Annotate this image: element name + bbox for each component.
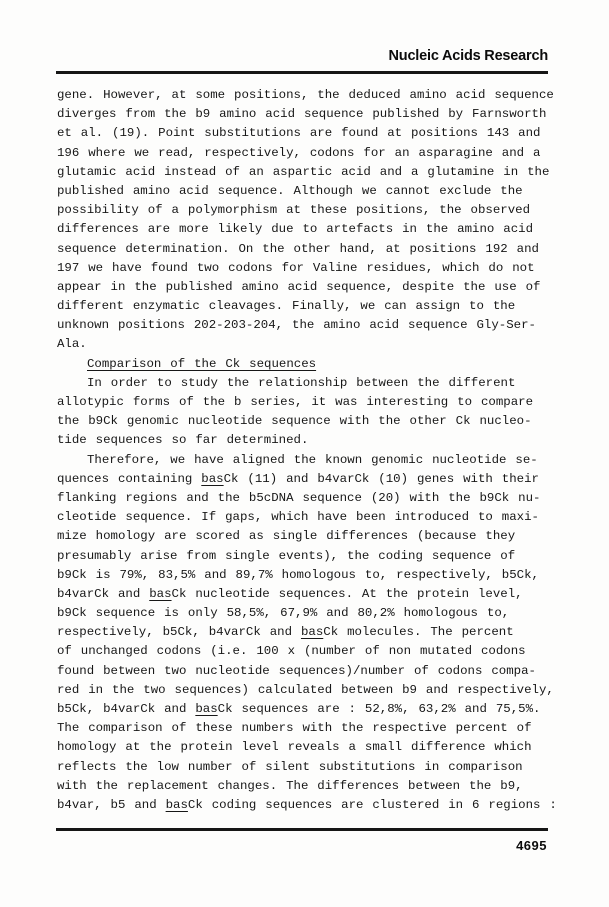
text-span: The comparison of these numbers with the…: [57, 721, 532, 735]
text-span: presumably arise from single events), th…: [57, 549, 515, 563]
text-line: The comparison of these numbers with the…: [57, 719, 567, 738]
text-span: cleotide sequence. If gaps, which have b…: [57, 510, 539, 524]
underlined-text: bas: [195, 702, 217, 716]
text-span: b9Ck is 79%, 83,5% and 89,7% homologous …: [57, 568, 539, 582]
text-span: different enzymatic cleavages. Finally, …: [57, 299, 515, 313]
text-line: Therefore, we have aligned the known gen…: [57, 451, 567, 470]
text-line: b5Ck, b4varCk and basCk sequences are : …: [57, 700, 567, 719]
text-span: allotypic forms of the b series, it was …: [57, 395, 533, 409]
text-line: gene. However, at some positions, the de…: [57, 86, 567, 105]
text-span: b5Ck, b4varCk and: [57, 702, 195, 716]
text-line: differences are more likely due to artef…: [57, 220, 567, 239]
text-span: 197 we have found two codons for Valine …: [57, 261, 535, 275]
text-line: b9Ck sequence is only 58,5%, 67,9% and 8…: [57, 604, 567, 623]
text-span: possibility of a polymorphism at these p…: [57, 203, 530, 217]
text-line: 197 we have found two codons for Valine …: [57, 259, 567, 278]
journal-title: Nucleic Acids Research: [389, 48, 548, 64]
text-span: Ck (11) and b4varCk (10) genes with thei…: [224, 472, 539, 486]
header-rule: [56, 71, 548, 74]
text-span: respectively, b5Ck, b4varCk and: [57, 625, 301, 639]
text-line: allotypic forms of the b series, it was …: [57, 393, 567, 412]
text-line: Ala.: [57, 335, 567, 354]
text-line: homology at the protein level reveals a …: [57, 738, 567, 757]
text-span: flanking regions and the b5cDNA sequence…: [57, 491, 540, 505]
text-span: unknown positions 202-203-204, the amino…: [57, 318, 536, 332]
text-span: differences are more likely due to artef…: [57, 222, 533, 236]
text-line: respectively, b5Ck, b4varCk and basCk mo…: [57, 623, 567, 642]
text-span: mize homology are scored as single diffe…: [57, 529, 515, 543]
text-line: red in the two sequences) calculated bet…: [57, 681, 567, 700]
text-line: b4var, b5 and basCk coding sequences are…: [57, 796, 567, 815]
text-span: with the replacement changes. The differ…: [57, 779, 523, 793]
text-line: possibility of a polymorphism at these p…: [57, 201, 567, 220]
text-line: In order to study the relationship betwe…: [57, 374, 567, 393]
text-span: Ala.: [57, 337, 87, 351]
text-line: diverges from the b9 amino acid sequence…: [57, 105, 567, 124]
text-span: b4var, b5 and: [57, 798, 166, 812]
text-span: 196 where we read, respectively, codons …: [57, 146, 540, 160]
text-span: glutamic acid instead of an aspartic aci…: [57, 165, 549, 179]
text-line: b4varCk and basCk nucleotide sequences. …: [57, 585, 567, 604]
text-span: sequence determination. On the other han…: [57, 242, 539, 256]
underlined-text: bas: [301, 625, 323, 639]
text-line: different enzymatic cleavages. Finally, …: [57, 297, 567, 316]
text-line: the b9Ck genomic nucleotide sequence wit…: [57, 412, 567, 431]
text-line: 196 where we read, respectively, codons …: [57, 144, 567, 163]
text-span: Ck coding sequences are clustered in 6 r…: [188, 798, 557, 812]
text-line: glutamic acid instead of an aspartic aci…: [57, 163, 567, 182]
text-span: red in the two sequences) calculated bet…: [57, 683, 554, 697]
page-number: 4695: [516, 838, 547, 853]
text-line: reflects the low number of silent substi…: [57, 758, 567, 777]
text-span: homology at the protein level reveals a …: [57, 740, 532, 754]
text-span: reflects the low number of silent substi…: [57, 760, 523, 774]
underlined-text: bas: [201, 472, 223, 486]
text-span: b9Ck sequence is only 58,5%, 67,9% and 8…: [57, 606, 509, 620]
text-span: Ck sequences are : 52,8%, 63,2% and 75,5…: [218, 702, 541, 716]
text-span: published amino acid sequence. Although …: [57, 184, 523, 198]
text-line: mize homology are scored as single diffe…: [57, 527, 567, 546]
text-line: published amino acid sequence. Although …: [57, 182, 567, 201]
text-line: unknown positions 202-203-204, the amino…: [57, 316, 567, 335]
text-span: of unchanged codons (i.e. 100 x (number …: [57, 644, 526, 658]
text-line: appear in the published amino acid seque…: [57, 278, 567, 297]
section-heading: Comparison of the Ck sequences: [57, 355, 567, 374]
text-span: b4varCk and: [57, 587, 149, 601]
text-line: b9Ck is 79%, 83,5% and 89,7% homologous …: [57, 566, 567, 585]
text-span: Ck molecules. The percent: [323, 625, 513, 639]
underlined-text: bas: [149, 587, 171, 601]
text-span: gene. However, at some positions, the de…: [57, 88, 554, 102]
text-span: appear in the published amino acid seque…: [57, 280, 540, 294]
text-span: diverges from the b9 amino acid sequence…: [57, 107, 546, 121]
text-span: found between two nucleotide sequences)/…: [57, 664, 536, 678]
text-line: of unchanged codons (i.e. 100 x (number …: [57, 642, 567, 661]
text-span: quences containing: [57, 472, 201, 486]
footer-rule: [56, 828, 548, 831]
text-line: et al. (19). Point substitutions are fou…: [57, 124, 567, 143]
underlined-text: bas: [166, 798, 188, 812]
text-line: quences containing basCk (11) and b4varC…: [57, 470, 567, 489]
text-span: In order to study the relationship betwe…: [87, 376, 515, 390]
text-line: with the replacement changes. The differ…: [57, 777, 567, 796]
text-span: Therefore, we have aligned the known gen…: [87, 453, 538, 467]
text-line: found between two nucleotide sequences)/…: [57, 662, 567, 681]
text-span: Ck nucleotide sequences. At the protein …: [172, 587, 523, 601]
text-line: sequence determination. On the other han…: [57, 240, 567, 259]
text-span: the b9Ck genomic nucleotide sequence wit…: [57, 414, 532, 428]
journal-page: Nucleic Acids Research gene. However, at…: [0, 0, 609, 907]
text-span: et al. (19). Point substitutions are fou…: [57, 126, 540, 140]
text-line: presumably arise from single events), th…: [57, 547, 567, 566]
text-line: cleotide sequence. If gaps, which have b…: [57, 508, 567, 527]
text-line: tide sequences so far determined.: [57, 431, 567, 450]
text-span: tide sequences so far determined.: [57, 433, 308, 447]
underlined-text: Comparison of the Ck sequences: [87, 357, 316, 371]
body-text: gene. However, at some positions, the de…: [57, 86, 567, 815]
text-line: flanking regions and the b5cDNA sequence…: [57, 489, 567, 508]
